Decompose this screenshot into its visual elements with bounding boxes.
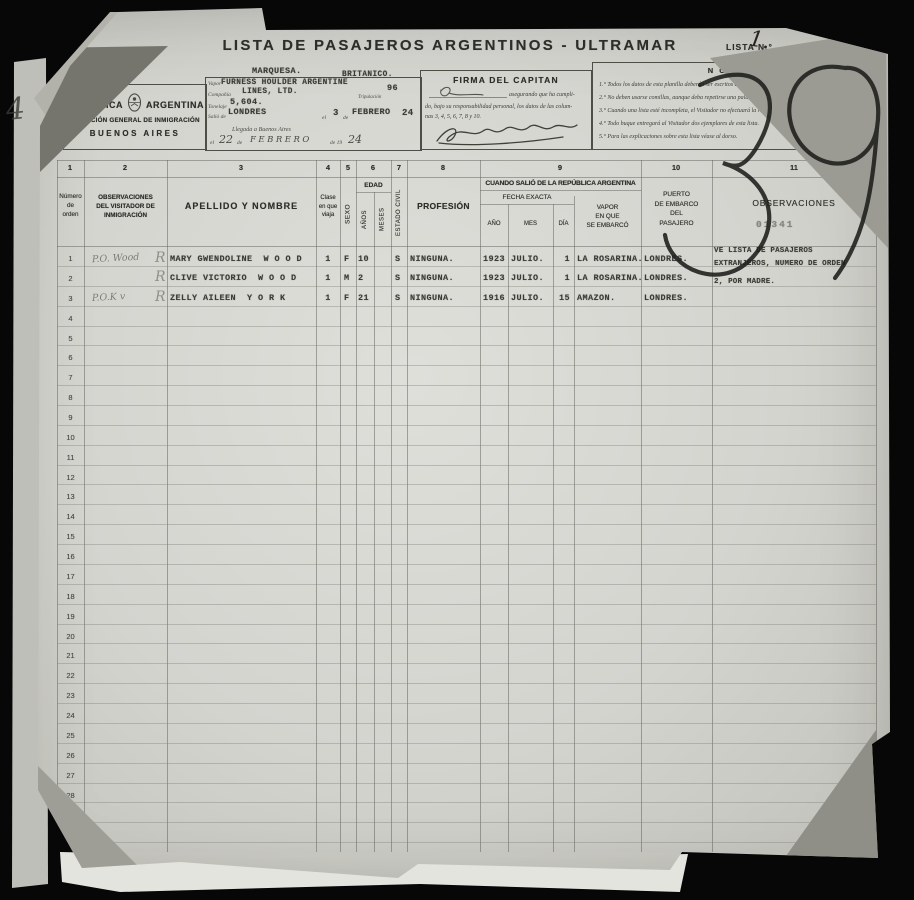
header-col7-estado-civil: ESTADO CIVIL [391, 184, 407, 242]
column-line [57, 160, 58, 852]
row-number: 13 [57, 492, 84, 501]
column-number: 6 [363, 163, 383, 172]
column-line [407, 160, 408, 852]
header-line [480, 204, 574, 205]
column-line [356, 160, 357, 852]
row-number: 23 [57, 691, 84, 700]
column-line [340, 160, 341, 852]
row-number: 25 [57, 731, 84, 740]
captain-signature-box: FIRMA DEL CAPITAN asegurando que ha cump… [420, 70, 592, 150]
row-number: 12 [57, 473, 84, 482]
arrival-de-label: de [237, 140, 242, 146]
sex: F [344, 254, 350, 264]
company-stamp-line2: LINES, LTD. [242, 88, 298, 96]
document-page: LISTA DE PASAJEROS ARGENTINOS - ULTRAMAR… [0, 0, 914, 900]
travel-class: 1 [322, 254, 334, 264]
row-number: 26 [57, 751, 84, 760]
arrival-month-handwritten: FEBRERO [250, 135, 312, 145]
column-number: 5 [338, 163, 358, 172]
row-number: 20 [57, 632, 84, 641]
row-line [57, 564, 876, 565]
argentina-text: ARGENTINA [146, 100, 204, 110]
header-anos: AÑOS [356, 196, 374, 242]
visitor-inspector-mark: P.O.K v [92, 291, 126, 304]
vapor-field-label: Vapor [208, 81, 221, 87]
row-number: 19 [57, 612, 84, 621]
vessel-embarked: AMAZON. [577, 293, 616, 303]
row-number: 10 [57, 433, 84, 442]
header-col3: APELLIDO Y NOMBRE [167, 201, 316, 211]
column-line [84, 160, 85, 852]
departure-year: 1923 [483, 273, 505, 283]
company-field-label: Compañía [208, 92, 231, 98]
row-line [57, 385, 876, 386]
row-line [57, 703, 876, 704]
header-col5-sexo: SEXO [340, 188, 356, 240]
departure-day-stamp: 3 [333, 108, 339, 118]
row-number: 21 [57, 651, 84, 660]
row-line [57, 465, 876, 466]
header-mes: MES [508, 221, 553, 227]
captain-line1: asegurando que ha cumpli- [509, 89, 575, 102]
profession: NINGUNA. [410, 273, 454, 283]
row-line [57, 504, 876, 505]
row-line [57, 584, 876, 585]
crew-field-label: Tripulación [358, 95, 381, 100]
pen-flourish: R [155, 250, 166, 266]
el-label: el [322, 115, 326, 121]
age-years: 21 [358, 293, 369, 303]
row-number: 9 [57, 413, 84, 422]
row-number: 8 [57, 393, 84, 402]
arrival-de19-label: de 19 [330, 140, 342, 146]
row-number: 24 [57, 711, 84, 720]
row-line [57, 445, 876, 446]
column-line [480, 160, 481, 852]
arrival-el-label: el [210, 140, 214, 146]
travel-class: 1 [322, 293, 334, 303]
column-number: 8 [433, 163, 453, 172]
departure-day: 1 [552, 273, 570, 283]
ship-name-stamp: MARQUESA. [252, 66, 302, 76]
row-line [57, 326, 876, 327]
passenger-name: MARY GWENDOLINE W O O D [170, 254, 302, 264]
row-line [57, 365, 876, 366]
row-number: 18 [57, 592, 84, 601]
agency-city: BUENOS AIRES [64, 129, 206, 138]
civil-status: S [395, 273, 401, 283]
row-number: 4 [57, 314, 84, 323]
row-line [57, 743, 876, 744]
captain-signature [433, 117, 581, 152]
departure-day: 1 [552, 254, 570, 264]
pen-flourish: R [155, 289, 166, 305]
row-number: 6 [57, 353, 84, 362]
row-line [57, 822, 876, 823]
row-line [57, 604, 876, 605]
column-number: 7 [389, 163, 409, 172]
header-meses: MESES [374, 196, 391, 242]
big-handwritten-folio-number [612, 30, 902, 305]
row-number: 17 [57, 572, 84, 581]
row-line [57, 624, 876, 625]
argentina-coat-of-arms-icon [127, 93, 142, 117]
row-line [57, 643, 876, 644]
row-line [57, 763, 876, 764]
column-line [508, 204, 509, 852]
tonnage-value: 5,604. [230, 97, 263, 107]
pen-flourish: R [155, 269, 166, 285]
departure-month-stamp: FEBRERO [352, 107, 391, 117]
column-line [391, 160, 392, 852]
row-number: 22 [57, 671, 84, 680]
row-number: 11 [57, 453, 84, 462]
sex: M [344, 273, 350, 283]
crew-count-value: 96 [387, 83, 398, 93]
travel-class: 1 [322, 273, 334, 283]
column-line [316, 160, 317, 852]
civil-status: S [395, 254, 401, 264]
row-number: 15 [57, 532, 84, 541]
passenger-name: ZELLY AILEEN Y O R K [170, 293, 286, 303]
sailed-field-label: Salió de [208, 114, 226, 120]
row-line [57, 783, 876, 784]
arrival-year-handwritten: 24 [348, 133, 362, 146]
header-col1: Númerodeorden [57, 192, 84, 219]
column-number: 3 [231, 163, 251, 172]
header-ano: AÑO [480, 221, 508, 227]
header-line [356, 192, 391, 193]
profession: NINGUNA. [410, 254, 454, 264]
row-line [57, 723, 876, 724]
flag-stamp: BRITANICO. [342, 71, 393, 79]
departure-month: JULIO. [511, 293, 544, 303]
age-years: 10 [358, 254, 369, 264]
column-line [167, 160, 168, 852]
row-line [57, 345, 876, 346]
ship-voyage-box: MARQUESA. Vapor FURNESS HOULDER ARGENTIN… [205, 77, 422, 151]
row-line [57, 842, 876, 843]
tonnage-field-label: Tonelaje [208, 104, 227, 110]
arrival-day-handwritten: 22 [219, 133, 233, 146]
header-fecha-exacta: FECHA EXACTA [480, 194, 574, 201]
row-line [57, 484, 876, 485]
row-line [57, 405, 876, 406]
row-line [57, 663, 876, 664]
row-line [57, 425, 876, 426]
sex: F [344, 293, 350, 303]
arrival-field-label: Llegada a Buenos Aires [232, 126, 291, 133]
page-title: LISTA DE PASAJEROS ARGENTINOS - ULTRAMAR [248, 37, 652, 54]
row-line [57, 802, 876, 803]
age-years: 2 [358, 273, 364, 283]
row-number: 5 [57, 334, 84, 343]
row-line [57, 306, 876, 307]
header-dia: DÍA [553, 221, 574, 227]
row-line [57, 683, 876, 684]
row-number: 7 [57, 373, 84, 382]
column-number: 1 [60, 163, 80, 172]
de-label: de [343, 115, 348, 121]
column-number: 9 [550, 163, 570, 172]
header-edad: EDAD [356, 182, 391, 189]
departure-month: JULIO. [511, 254, 544, 264]
departure-year: 1916 [483, 293, 505, 303]
company-stamp-line1: FURNESS HOULDER ARGENTINE [221, 79, 348, 87]
civil-status: S [395, 293, 401, 303]
departure-year: 1923 [483, 254, 505, 264]
row-number: 1 [57, 254, 84, 263]
profession: NINGUNA. [410, 293, 454, 303]
visitor-inspector-mark: P.O. Wood [92, 251, 140, 264]
row-line [57, 524, 876, 525]
departure-port-stamp: LONDRES [228, 107, 267, 117]
passenger-name: CLIVE VICTORIO W O O D [170, 273, 297, 283]
margin-handwritten-number: 4 [4, 91, 27, 128]
departure-month: JULIO. [511, 273, 544, 283]
column-number: 2 [115, 163, 135, 172]
row-number: 14 [57, 512, 84, 521]
header-col4: Claseen queviaja [316, 194, 340, 220]
row-number: 3 [57, 294, 84, 303]
column-number: 4 [318, 163, 338, 172]
departure-day: 15 [552, 293, 570, 303]
row-number: 16 [57, 552, 84, 561]
row-number: 2 [57, 274, 84, 283]
column-line [374, 192, 375, 852]
row-line [57, 544, 876, 545]
header-col2: OBSERVACIONESDEL VISITADOR DEINMIGRACIÓN [84, 193, 167, 220]
scanned-passenger-list: 4 LISTA DE PASAJEROS ARGENTINOS - ULTRAM… [0, 0, 914, 900]
departure-year-stamp: 24 [402, 108, 414, 118]
header-col8: PROFESIÓN [407, 201, 480, 211]
row-number: 27 [57, 771, 84, 780]
